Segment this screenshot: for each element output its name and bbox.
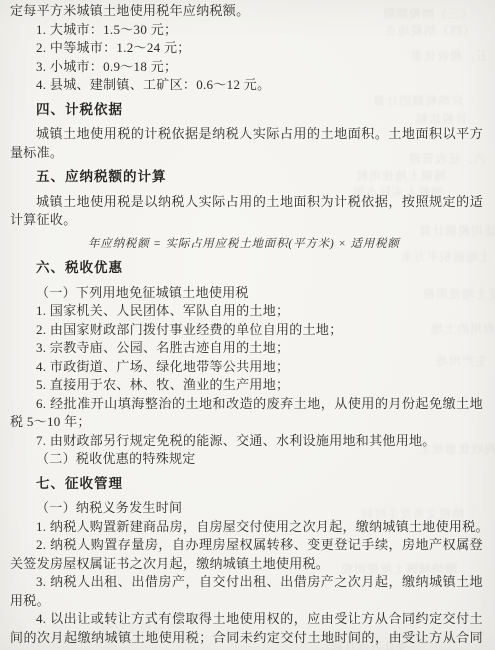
text-line: 城镇土地使用税是以纳税人实际占用的土地面积为计税依据，按照规定的适用税额: [36, 193, 483, 212]
text-line: 4. 市政街道、广场、绿化地带等公共用地；: [36, 358, 483, 377]
document-body: 定每平方米城镇土地使用税年应纳税额。1. 大城市：1.5～30 元；2. 中等城…: [10, 2, 483, 647]
text-line: 1. 国家机关、人民团体、军队自用的土地；: [36, 302, 483, 321]
text-line: 关签发房屋权属证书之次月起，缴纳城镇土地使用税。: [10, 555, 483, 574]
text-line: 用税。: [10, 592, 483, 611]
document-page: （三）纳税期限（四）纳税地点五、税收优惠应纳税额的计算计税依据六、征收管理城镇土…: [0, 0, 495, 650]
text-line: （一）纳税义务发生时间: [36, 499, 483, 518]
text-line: 量标准。: [10, 144, 483, 163]
section-heading: 五、应纳税额的计算: [36, 168, 483, 187]
text-line: 4. 以出让或转让方式有偿取得土地使用权的，应由受让方从合同约定交付土地时: [36, 610, 483, 629]
text-line: 2. 纳税人购置存量房，自办理房屋权属转移、变更登记手续，房地产权属登记机: [36, 536, 483, 555]
text-line: 1. 大城市：1.5～30 元；: [36, 21, 483, 40]
text-line: 间的次月起缴纳城镇土地使用税；合同未约定交付土地时间的，由受让方从合同签订的: [10, 629, 483, 648]
section-heading: 四、计税依据: [36, 101, 483, 120]
text-line: 城镇土地使用税的计税依据是纳税人实际占用的土地面积。土地面积以平方米为计: [36, 125, 483, 144]
text-line: （一）下列用地免征城镇土地使用税: [36, 284, 483, 303]
text-line: 定每平方米城镇土地使用税年应纳税额。: [10, 2, 483, 21]
text-line: 3. 纳税人出租、出借房产，自交付出租、出借房产之次月起，缴纳城镇土地使: [36, 573, 483, 592]
text-line: 税 5～10 年；: [10, 413, 483, 432]
text-line: 3. 小城市：0.9～18 元；: [36, 58, 483, 77]
text-line: 2. 中等城市：1.2～24 元；: [36, 39, 483, 58]
text-line: 3. 宗教寺庙、公园、名胜古迹自用的土地；: [36, 339, 483, 358]
text-line: 1. 纳税人购置新建商品房，自房屋交付使用之次月起，缴纳城镇土地使用税。: [36, 518, 483, 537]
formula-line: 年应纳税额 = 实际占用应税土地面积(平方米) × 适用税额: [88, 235, 483, 254]
text-line: 4. 县城、建制镇、工矿区：0.6～12 元。: [36, 76, 483, 95]
text-line: 计算征收。: [10, 211, 483, 230]
text-line: 5. 直接用于农、林、牧、渔业的生产用地；: [36, 376, 483, 395]
section-heading: 七、征收管理: [36, 475, 483, 494]
text-line: 6. 经批准开山填海整治的土地和改造的废弃土地，从使用的月份起免缴土地使用: [36, 395, 483, 414]
text-line: 2. 由国家财政部门拨付事业经费的单位自用的土地；: [36, 321, 483, 340]
section-heading: 六、税收优惠: [36, 259, 483, 278]
text-line: 7. 由财政部另行规定免税的能源、交通、水利设施用地和其他用地。: [36, 432, 483, 451]
text-line: （二）税收优惠的特殊规定: [36, 450, 483, 469]
